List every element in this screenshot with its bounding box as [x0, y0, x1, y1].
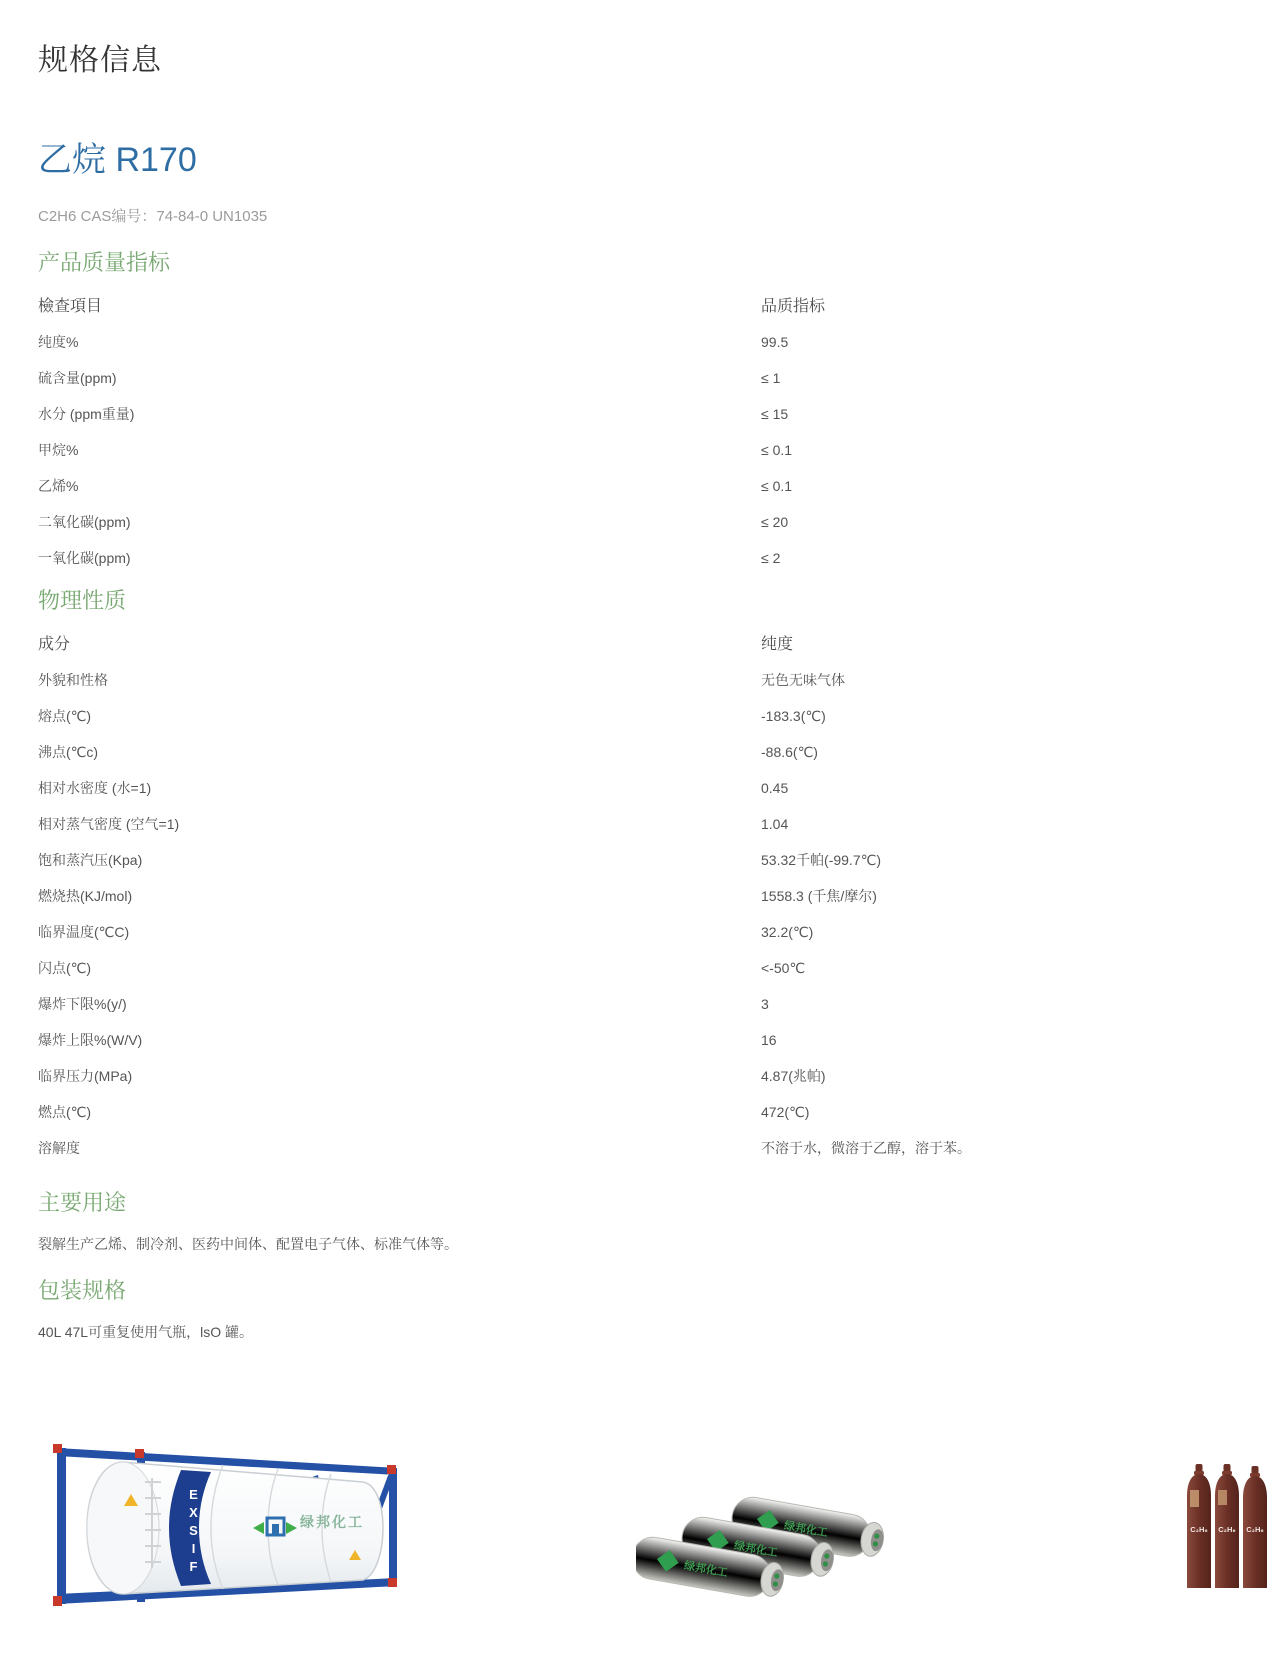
table-row: 纯度% 99.5 — [38, 324, 1246, 360]
row-value: 99.5 — [761, 334, 1246, 350]
table-row: 闪点(℃) <-50℃ — [38, 950, 1246, 986]
row-value: ≤ 15 — [761, 406, 1246, 422]
section-title-physical: 物理性质 — [38, 586, 1246, 616]
row-value: 1.04 — [761, 816, 1246, 832]
quality-table-header: 檢查項目 品质指标 — [38, 284, 1246, 324]
table-row: 相对蒸气密度 (空气=1) 1.04 — [38, 806, 1246, 842]
cylinder-label: C₂H₆ — [1246, 1525, 1264, 1534]
row-item: 相对蒸气密度 (空气=1) — [38, 814, 761, 834]
table-row: 熔点(℃) -183.3(℃) — [38, 698, 1246, 734]
row-value: ≤ 2 — [761, 550, 1246, 566]
row-value: 不溶于水，微溶于乙醇，溶于苯。 — [761, 1138, 1246, 1158]
table-row: 燃点(℃) 472(℃) — [38, 1094, 1246, 1130]
canister-bundle-graphic: 绿邦化工 绿邦化工 — [636, 1492, 888, 1604]
row-item: 水分 (ppm重量) — [38, 404, 761, 424]
row-value: 32.2(℃) — [761, 924, 1246, 941]
physical-col-item: 成分 — [38, 631, 761, 654]
physical-table: 成分 纯度 外貌和性格 无色无味气体 熔点(℃) -183.3(℃) 沸点(℃c… — [38, 622, 1246, 1166]
table-row: 乙烯% ≤ 0.1 — [38, 468, 1246, 504]
table-row: 水分 (ppm重量) ≤ 15 — [38, 396, 1246, 432]
row-value: -88.6(℃) — [761, 744, 1246, 761]
spec-page: 规格信息 乙烷 R170 C2H6 CAS编号：74-84-0 UN1035 产… — [0, 40, 1284, 1676]
canister-bundle-image: 绿邦化工 绿邦化工 — [636, 1492, 888, 1604]
table-row: 溶解度 不溶于水，微溶于乙醇，溶于苯。 — [38, 1130, 1246, 1166]
row-item: 临界温度(℃C) — [38, 922, 761, 942]
row-value: 3 — [761, 996, 1246, 1012]
row-value: 无色无味气体 — [761, 670, 1246, 690]
row-item: 沸点(℃c) — [38, 742, 761, 762]
table-row: 沸点(℃c) -88.6(℃) — [38, 734, 1246, 770]
page-title: 规格信息 — [38, 40, 1246, 82]
quality-col-value: 品质指标 — [761, 293, 1246, 316]
row-value: -183.3(℃) — [761, 708, 1246, 725]
row-value: <-50℃ — [761, 960, 1246, 977]
tall-cylinders-image: C₂H₆ C₂H₆ C₂H₆ — [1186, 1456, 1268, 1588]
product-name: 乙烷 R170 — [38, 138, 1246, 182]
row-item: 燃烧热(KJ/mol) — [38, 886, 761, 906]
table-row: 外貌和性格 无色无味气体 — [38, 662, 1246, 698]
table-row: 一氧化碳(ppm) ≤ 2 — [38, 540, 1246, 576]
physical-table-header: 成分 纯度 — [38, 622, 1246, 662]
row-value: 1558.3 (千焦/摩尔) — [761, 886, 1246, 906]
row-item: 乙烯% — [38, 476, 761, 496]
row-item: 二氧化碳(ppm) — [38, 512, 761, 532]
row-item: 溶解度 — [38, 1138, 761, 1158]
row-item: 临界压力(MPa) — [38, 1066, 761, 1086]
product-cas-line: C2H6 CAS编号：74-84-0 UN1035 — [38, 208, 1246, 226]
cylinder-label: C₂H₆ — [1190, 1525, 1208, 1534]
table-row: 硫含量(ppm) ≤ 1 — [38, 360, 1246, 396]
table-row: 相对水密度 (水=1) 0.45 — [38, 770, 1246, 806]
physical-col-value: 纯度 — [761, 631, 1246, 654]
row-value: 0.45 — [761, 780, 1246, 796]
usage-text: 裂解生产乙烯、制冷剂、医药中间体、配置电子气体、标准气体等。 — [38, 1234, 1246, 1254]
table-row: 爆炸下限%(y/) 3 — [38, 986, 1246, 1022]
row-value: ≤ 0.1 — [761, 478, 1246, 494]
tank-company-label: 绿邦化工 — [300, 1512, 364, 1532]
quality-table: 檢查項目 品质指标 纯度% 99.5 硫含量(ppm) ≤ 1 水分 (ppm重… — [38, 284, 1246, 576]
packaging-text: 40L 47L可重复使用气瓶，lsO 罐。 — [38, 1322, 1246, 1342]
row-item: 甲烷% — [38, 440, 761, 460]
product-images-row: EXSIF 绿邦化工 — [38, 1400, 1246, 1640]
section-title-usage: 主要用途 — [38, 1188, 1246, 1218]
row-item: 闪点(℃) — [38, 958, 761, 978]
row-item: 燃点(℃) — [38, 1102, 761, 1122]
row-item: 一氧化碳(ppm) — [38, 548, 761, 568]
row-value: 16 — [761, 1032, 1246, 1048]
row-item: 爆炸上限%(W/V) — [38, 1030, 761, 1050]
row-item: 硫含量(ppm) — [38, 368, 761, 388]
table-row: 甲烷% ≤ 0.1 — [38, 432, 1246, 468]
row-item: 相对水密度 (水=1) — [38, 778, 761, 798]
row-item: 熔点(℃) — [38, 706, 761, 726]
row-value: 53.32千帕(-99.7℃) — [761, 850, 1246, 870]
row-item: 爆炸下限%(y/) — [38, 994, 761, 1014]
table-row: 燃烧热(KJ/mol) 1558.3 (千焦/摩尔) — [38, 878, 1246, 914]
table-row: 临界压力(MPa) 4.87(兆帕) — [38, 1058, 1246, 1094]
tall-cylinders-graphic: C₂H₆ C₂H₆ C₂H₆ — [1186, 1456, 1268, 1588]
table-row: 临界温度(℃C) 32.2(℃) — [38, 914, 1246, 950]
tank-brand-label: EXSIF — [171, 1480, 201, 1584]
table-row: 二氧化碳(ppm) ≤ 20 — [38, 504, 1246, 540]
table-row: 爆炸上限%(W/V) 16 — [38, 1022, 1246, 1058]
cylinder-label: C₂H₆ — [1218, 1525, 1236, 1534]
row-value: 4.87(兆帕) — [761, 1066, 1246, 1086]
row-item: 饱和蒸汽压(Kpa) — [38, 850, 761, 870]
row-item: 纯度% — [38, 332, 761, 352]
iso-tank-image: EXSIF 绿邦化工 — [53, 1438, 401, 1616]
row-item: 外貌和性格 — [38, 670, 761, 690]
row-value: 472(℃) — [761, 1104, 1246, 1121]
row-value: ≤ 0.1 — [761, 442, 1246, 458]
section-title-quality: 产品质量指标 — [38, 248, 1246, 278]
table-row: 饱和蒸汽压(Kpa) 53.32千帕(-99.7℃) — [38, 842, 1246, 878]
section-title-packaging: 包装规格 — [38, 1276, 1246, 1306]
row-value: ≤ 1 — [761, 370, 1246, 386]
row-value: ≤ 20 — [761, 514, 1246, 530]
quality-col-item: 檢查項目 — [38, 293, 761, 316]
